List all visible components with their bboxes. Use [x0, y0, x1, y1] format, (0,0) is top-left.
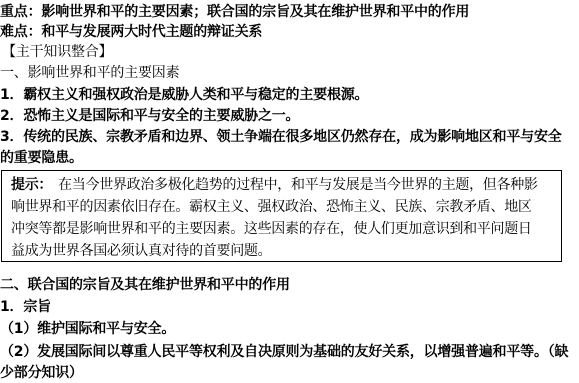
tip-line-4: 益成为世界各国必须认真对待的首要问题。	[11, 243, 271, 259]
section-heading: 【主干知识整合】	[2, 44, 112, 60]
section2-subtitle: 1．宗旨	[0, 299, 51, 315]
difficulty-line: 难点：和平与发展两大时代主题的辩证关系	[0, 24, 262, 40]
section1-item-1: 1．霸权主义和强权政治是威胁人类和平与稳定的主要根源。	[0, 87, 368, 103]
tip-line-2: 响世界和平的因素依旧存在。霸权主义、强权政治、恐怖主义、民族、宗教矛盾、地区	[11, 199, 532, 215]
section2-item-2-cont: 少部分知识）	[0, 365, 83, 381]
section2-item-1: （1）维护国际和平与安全。	[0, 321, 175, 337]
section2-item-2: （2）发展国际间以尊重人民平等权利及自决原则为基础的友好关系，以增强普遍和平等。…	[0, 344, 568, 360]
tip-line-1: 提示：在当今世界政治多极化趋势的过程中，和平与发展是当今世界的主题，但各种影	[11, 177, 538, 193]
section1-item-2: 2．恐怖主义是国际和平与安全的主要威胁之一。	[0, 108, 299, 124]
tip-line-3: 冲突等都是影响世界和平的主要因素。这些因素的存在，使人们更加意识到和平问题日	[11, 221, 532, 237]
section1-item-3-cont: 的重要隐患。	[0, 150, 83, 166]
section1-item-3: 3．传统的民族、宗教矛盾和边界、领土争端在很多地区仍然存在，成为影响地区和平与安…	[0, 129, 562, 145]
focus-line: 重点：影响世界和平的主要因素；联合国的宗旨及其在维护世界和平中的作用	[0, 4, 469, 20]
section2-title: 二、联合国的宗旨及其在维护世界和平中的作用	[0, 277, 290, 293]
section1-title: 一、影响世界和平的主要因素	[0, 65, 179, 81]
tip-text-1: 在当今世界政治多极化趋势的过程中，和平与发展是当今世界的主题，但各种影	[58, 177, 538, 193]
tip-box: 提示：在当今世界政治多极化趋势的过程中，和平与发展是当今世界的主题，但各种影 响…	[1, 170, 562, 262]
tip-label: 提示：	[11, 177, 52, 193]
